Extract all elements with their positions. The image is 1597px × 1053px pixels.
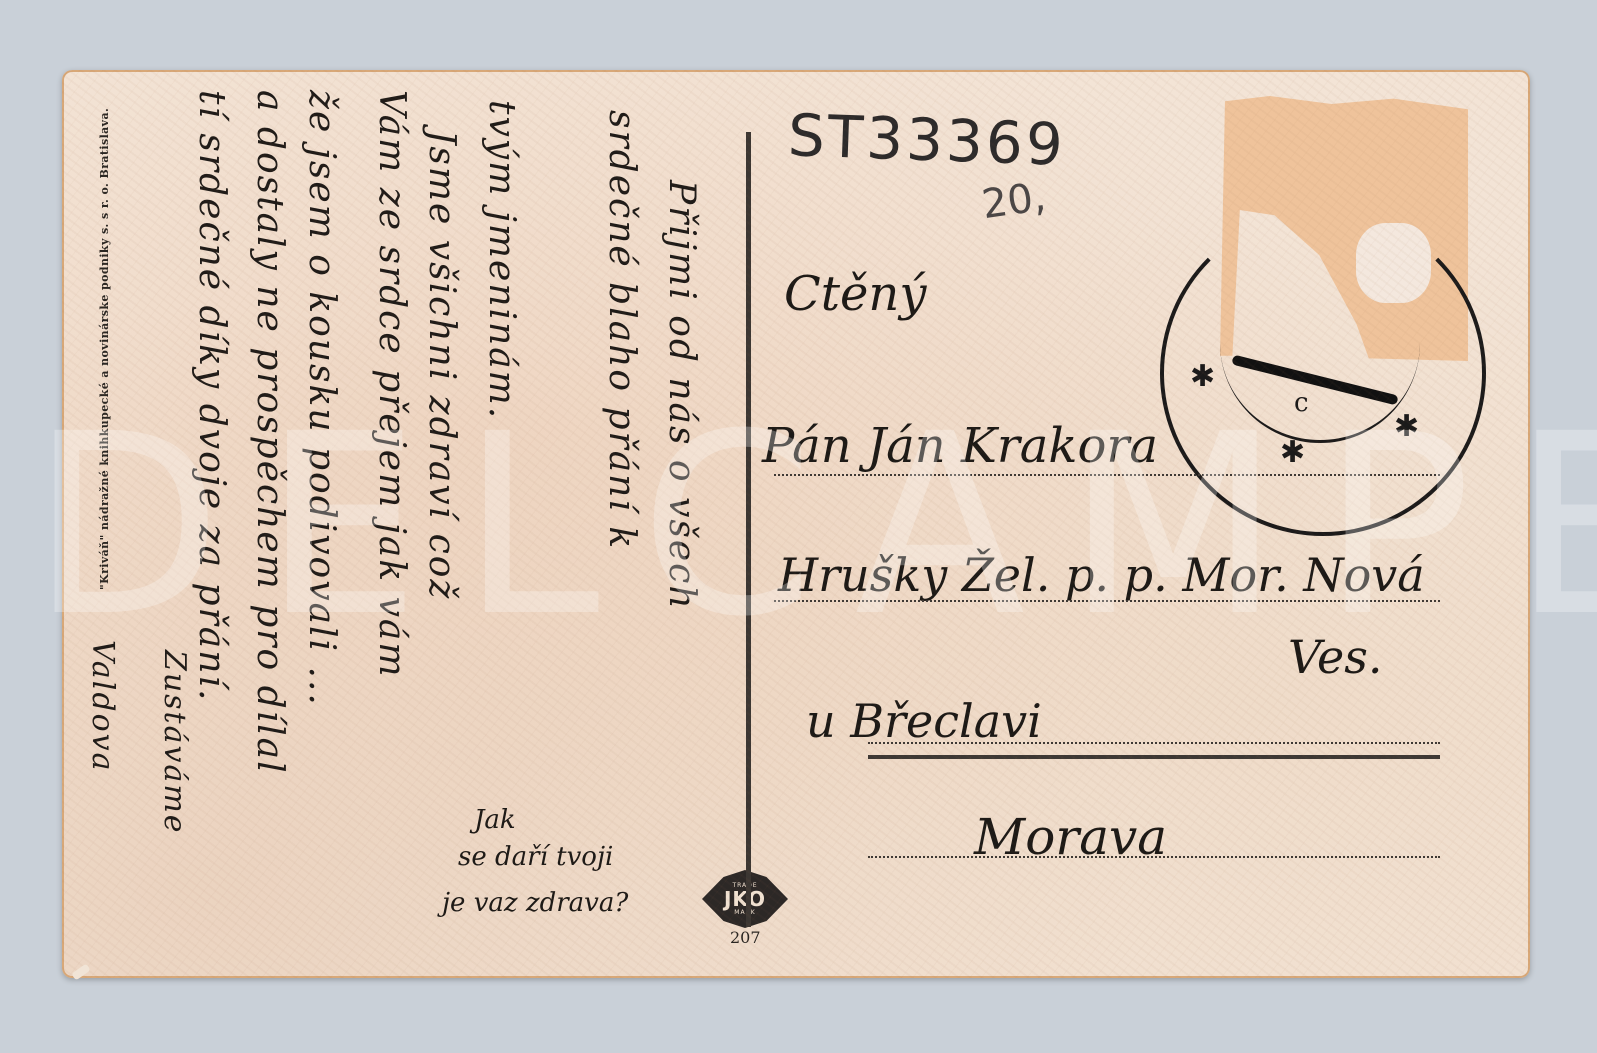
message-line: Jsme všichni zdraví což: [421, 130, 462, 600]
message-signature: Valdova: [85, 640, 120, 773]
address-line-name: Pán Ján Krakora: [762, 418, 1158, 474]
message-closing: Zustáváme: [157, 650, 192, 835]
postcard: "Kriváň" nádražné knihkupecké a novinárs…: [62, 70, 1530, 978]
message-line: tí srdečné díky dvoje za přání.: [191, 90, 232, 702]
message-line: Přijmi od nás o všech: [661, 180, 702, 611]
address-line-village: Hrušky Žel. p. p. Mor. Nová: [778, 548, 1425, 602]
trademark-logo: TRADE JKO MARK: [702, 870, 788, 928]
trademark-bottom: MARK: [734, 909, 755, 916]
address-line-village-cont: Ves.: [1288, 630, 1382, 684]
message-line: že jsem o kousku podivovali ...: [301, 90, 342, 707]
postmark-star-icon: ✱: [1394, 412, 1419, 442]
price-mark: 20,: [979, 174, 1048, 228]
message-line: Vám ze srdce přejem jak vám: [371, 90, 412, 679]
inventory-code: ST33369: [787, 101, 1067, 179]
address-rule: [774, 600, 1440, 602]
trademark-mark: JKO: [724, 889, 766, 909]
address-rule: [868, 856, 1440, 858]
message-line: a dostaly ne prospěchem pro dílal: [249, 90, 290, 775]
address-rule-solid: [868, 755, 1440, 759]
address-rule: [774, 474, 1440, 476]
message-line: srdečné blaho přání k: [601, 110, 642, 550]
card-number: 207: [730, 928, 761, 947]
postmark-star-icon: ✱: [1190, 362, 1215, 392]
publisher-imprint: "Kriváň" nádražné knihkupecké a novinárs…: [98, 108, 111, 590]
message-line: tvým jmeninám.: [481, 100, 522, 420]
postscript-line: Jak: [474, 805, 516, 835]
address-rule: [868, 742, 1440, 744]
divider-line: [746, 132, 751, 927]
postscript-line: je vaz zdrava?: [442, 888, 628, 918]
postscript-line: se daří tvoji: [458, 842, 613, 872]
address-salutation: Ctěný: [784, 266, 926, 322]
postmark-star-icon: ✱: [1280, 438, 1305, 468]
address-line-town: u Břeclavi: [806, 694, 1042, 748]
postmark-letter: c: [1294, 388, 1309, 418]
